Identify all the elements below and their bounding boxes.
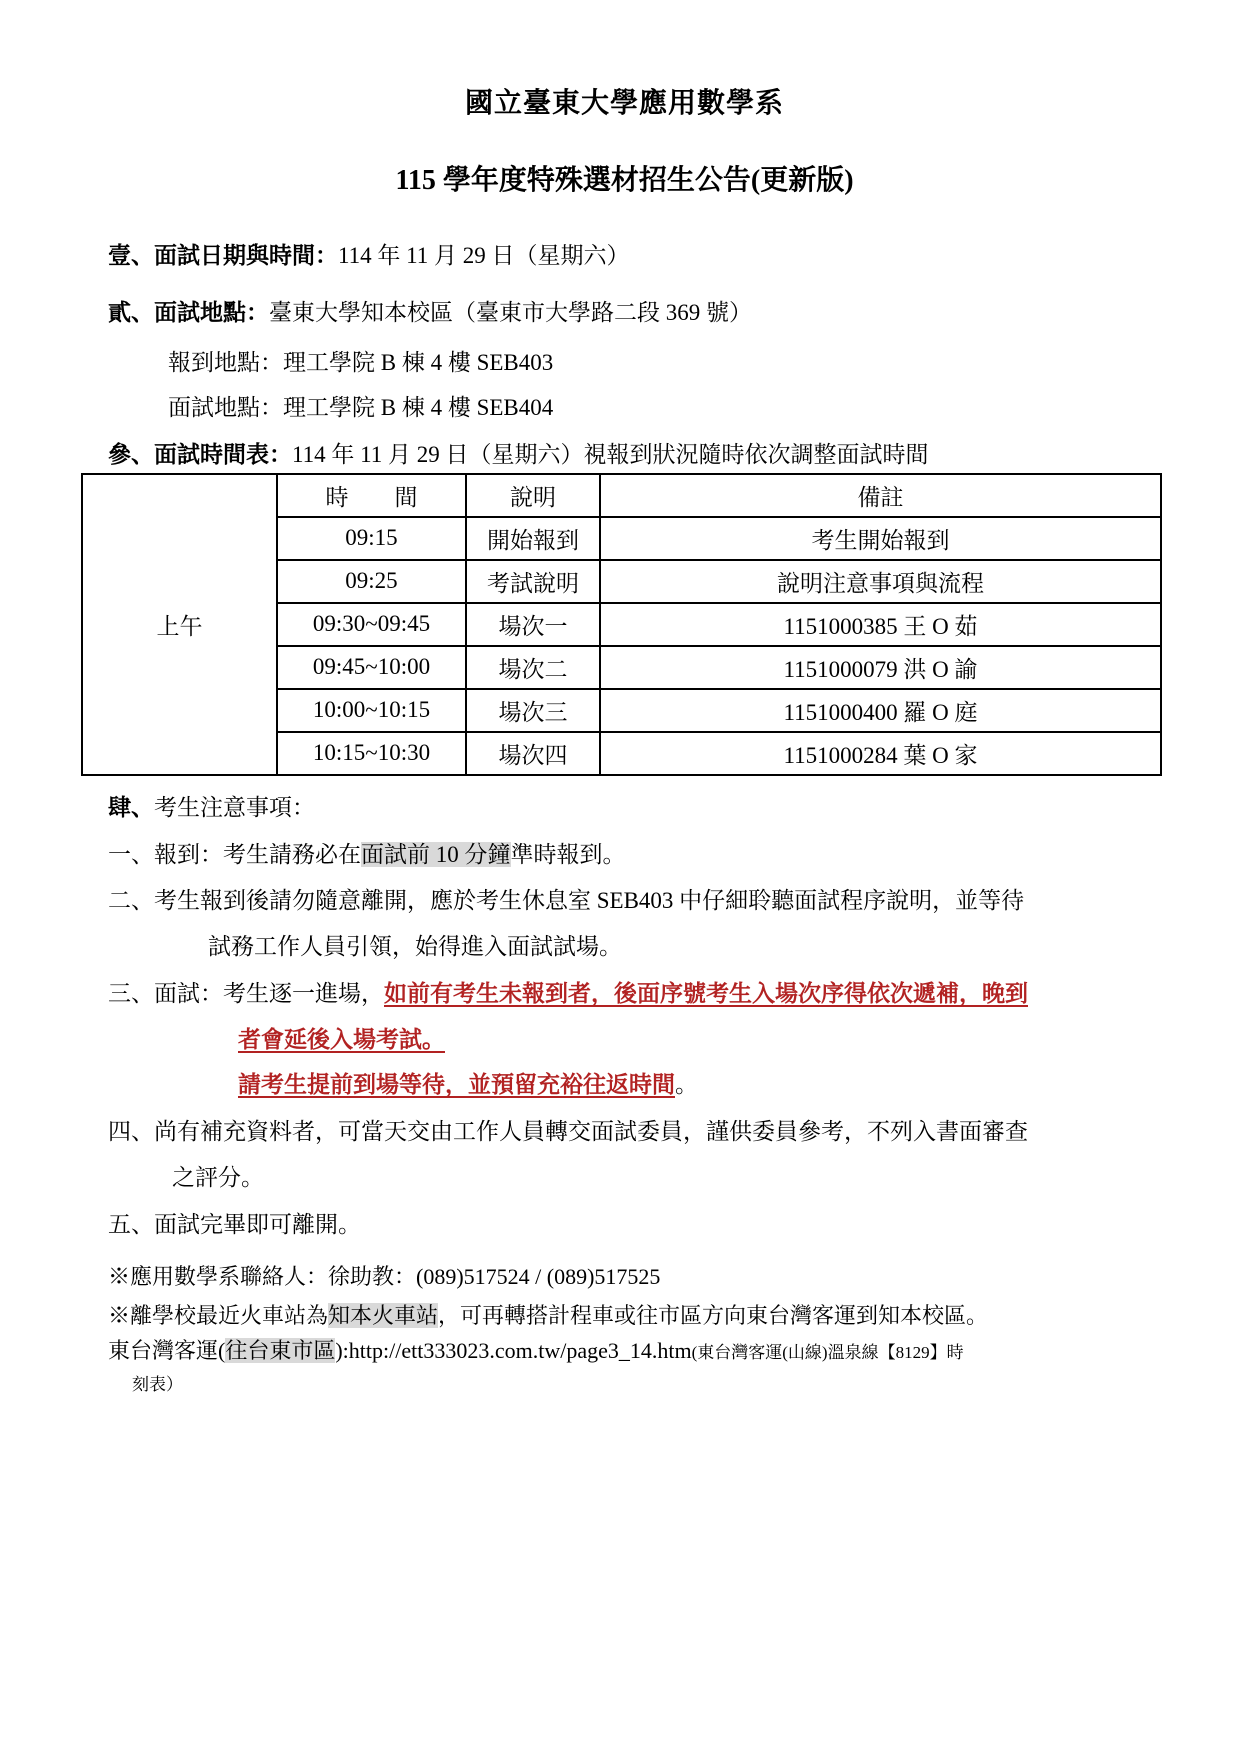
cell-note: 1151000284 葉 O 家	[600, 732, 1161, 775]
note-text: 。	[675, 1072, 698, 1097]
note-item-4-continuation: 之評分。	[108, 1164, 1141, 1193]
cell-note: 1151000079 洪 O 諭	[600, 646, 1161, 689]
section-label: 參、面試時間表：	[108, 442, 292, 467]
contact-info-line: ※應用數學系聯絡人：徐助教：(089)517524 / (089)517525	[108, 1263, 1141, 1291]
announcement-page: 國立臺東大學應用數學系 115 學年度特殊選材招生公告(更新版) 壹、面試日期與…	[0, 0, 1241, 1755]
highlighted-text: 往台東市區	[225, 1338, 335, 1363]
note-item-1: 一、報到：考生請務必在面試前 10 分鐘準時報到。	[108, 841, 1141, 870]
interview-schedule-table: 上午 時 間 說明 備註 09:15 開始報到 考生開始報到 09:25 考試說…	[81, 473, 1162, 776]
cell-note: 1151000400 羅 O 庭	[600, 689, 1161, 732]
section-interview-location: 貳、面試地點：臺東大學知本校區（臺東市大學路二段 369 號）	[108, 299, 1141, 328]
cell-desc: 場次二	[466, 646, 600, 689]
table-header-row: 上午 時 間 說明 備註	[82, 474, 1161, 517]
cell-note: 說明注意事項與流程	[600, 560, 1161, 603]
warning-text-red: 者會延後入場考試。	[238, 1027, 445, 1052]
note-item-3-continuation: 者會延後入場考試。	[108, 1026, 1141, 1055]
note-text: 準時報到。	[511, 842, 626, 867]
document-body: 國立臺東大學應用數學系 115 學年度特殊選材招生公告(更新版) 壹、面試日期與…	[0, 86, 1241, 1395]
train-station-line: ※離學校最近火車站為知本火車站，可再轉搭計程車或往市區方向東台灣客運到知本校區。	[108, 1302, 1141, 1330]
note-text: 三、面試：考生逐一進場，	[108, 981, 384, 1006]
cell-desc: 考試說明	[466, 560, 600, 603]
footer-text: ):	[335, 1338, 348, 1363]
bus-timetable-note: (東台灣客運(山線)溫泉線【8129】時	[692, 1343, 964, 1362]
row-group-cell-morning: 上午	[82, 474, 277, 775]
cell-desc: 開始報到	[466, 517, 600, 560]
cell-note: 考生開始報到	[600, 517, 1161, 560]
note-item-3-continuation: 請考生提前到場等待，並預留充裕往返時間。	[108, 1071, 1141, 1100]
cell-desc: 場次四	[466, 732, 600, 775]
notes-heading-text: 考生注意事項：	[154, 795, 315, 820]
note-item-5: 五、面試完畢即可離開。	[108, 1211, 1141, 1240]
cell-time: 09:30~09:45	[277, 603, 466, 646]
bus-route-line: 東台灣客運(往台東市區):http://ett333023.com.tw/pag…	[108, 1337, 1141, 1365]
cell-desc: 場次三	[466, 689, 600, 732]
cell-time: 10:00~10:15	[277, 689, 466, 732]
column-header-desc: 說明	[466, 474, 600, 517]
section-interview-datetime: 壹、面試日期與時間：114 年 11 月 29 日（星期六）	[108, 242, 1141, 271]
footer-text: 東台灣客運(	[108, 1338, 225, 1363]
cell-time: 09:25	[277, 560, 466, 603]
page-subtitle: 115 學年度特殊選材招生公告(更新版)	[108, 163, 1141, 198]
warning-text-red: 如前有考生未報到者，後面序號考生入場次序得依次遞補，晚到	[384, 981, 1028, 1006]
footer-text: ※離學校最近火車站為	[108, 1303, 328, 1328]
section-value: 114 年 11 月 29 日（星期六）	[338, 243, 630, 268]
note-item-2: 二、考生報到後請勿隨意離開，應於考生休息室 SEB403 中仔細聆聽面試程序說明…	[108, 887, 1141, 916]
column-header-time: 時 間	[277, 474, 466, 517]
section-value: 臺東大學知本校區（臺東市大學路二段 369 號）	[269, 300, 752, 325]
section-value: 114 年 11 月 29 日（星期六）視報到狀況隨時依次調整面試時間	[292, 442, 929, 467]
cell-time: 10:15~10:30	[277, 732, 466, 775]
bus-route-line-continuation: 刻表）	[108, 1374, 1141, 1395]
cell-time: 09:45~10:00	[277, 646, 466, 689]
checkin-location-line: 報到地點：理工學院 B 棟 4 樓 SEB403	[108, 349, 1141, 378]
footer-text: ，可再轉搭計程車或往市區方向東台灣客運到知本校區。	[438, 1303, 988, 1328]
highlighted-text: 面試前 10 分鐘	[361, 842, 511, 867]
notes-section-heading: 肆、考生注意事項：	[108, 794, 1141, 823]
column-header-note: 備註	[600, 474, 1161, 517]
bus-timetable-url: http://ett333023.com.tw/page3_14.htm	[349, 1338, 692, 1363]
interview-room-line: 面試地點：理工學院 B 棟 4 樓 SEB404	[108, 394, 1141, 423]
highlighted-text: 知本火車站	[328, 1303, 438, 1328]
note-item-2-continuation: 試務工作人員引領，始得進入面試試場。	[108, 933, 1141, 962]
warning-text-red: 請考生提前到場等待，並預留充裕往返時間	[238, 1072, 675, 1097]
section-label: 貳、面試地點：	[108, 300, 269, 325]
section-interview-schedule: 參、面試時間表：114 年 11 月 29 日（星期六）視報到狀況隨時依次調整面…	[108, 441, 1141, 470]
page-title: 國立臺東大學應用數學系	[108, 86, 1141, 121]
cell-note: 1151000385 王 O 茹	[600, 603, 1161, 646]
section-label: 壹、面試日期與時間：	[108, 243, 338, 268]
note-item-4: 四、尚有補充資料者，可當天交由工作人員轉交面試委員，謹供委員參考，不列入書面審查	[108, 1118, 1141, 1147]
cell-time: 09:15	[277, 517, 466, 560]
note-text: 一、報到：考生請務必在	[108, 842, 361, 867]
cell-desc: 場次一	[466, 603, 600, 646]
note-item-3: 三、面試：考生逐一進場，如前有考生未報到者，後面序號考生入場次序得依次遞補，晚到	[108, 980, 1141, 1009]
notes-heading-number: 肆、	[108, 795, 154, 820]
